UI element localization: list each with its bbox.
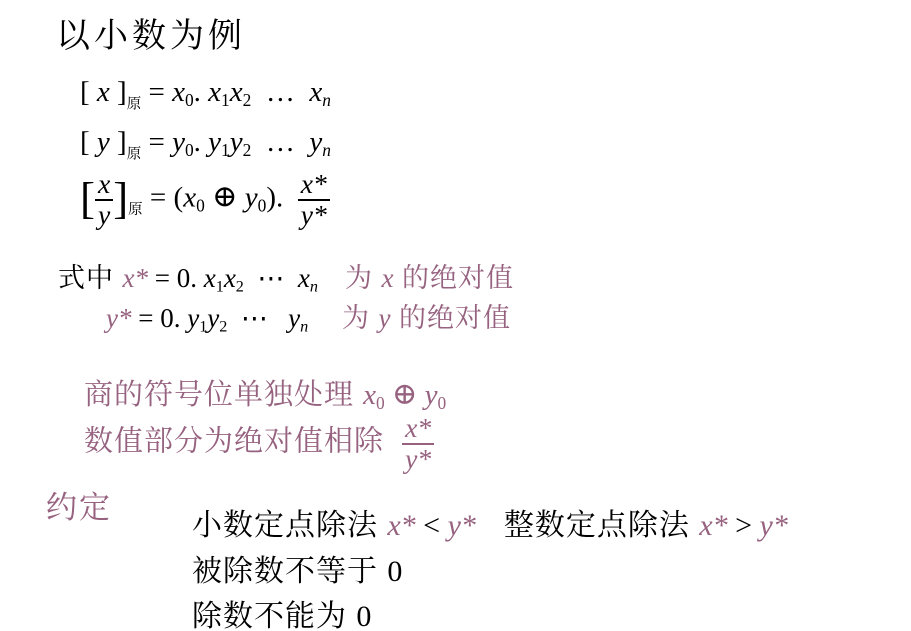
- math-token: 2: [236, 278, 244, 296]
- xor-operator-icon: ⊕: [212, 180, 238, 214]
- math-token: [: [80, 76, 97, 108]
- math-token: y: [208, 126, 221, 158]
- fraction-numerator: x*: [298, 170, 330, 201]
- math-token: ]: [113, 173, 128, 223]
- slide-title: 以小数为例: [56, 8, 246, 57]
- math-token: [417, 379, 424, 411]
- math-token: n: [310, 278, 318, 296]
- formula-x-original-code: [ x ]原 = x0. x1x2 … xn: [80, 76, 331, 113]
- fraction: xy: [95, 170, 113, 230]
- fraction-numerator: x*: [402, 414, 434, 445]
- math-token: 2: [243, 140, 252, 160]
- where-y-absolute-value-line: y* = 0. y1y2 ⋯ yn 为 y 的绝对值: [106, 296, 511, 337]
- where-x-absolute-value-line: 式中 x* = 0. x1x2 ⋯ xn 为 x 的绝对值: [58, 256, 514, 297]
- math-token: 0: [185, 140, 194, 160]
- math-token: 2: [243, 90, 252, 110]
- math-token: >: [728, 509, 760, 542]
- math-token: =: [141, 76, 172, 108]
- math-token: 小数定点除法: [192, 509, 387, 542]
- math-token: <: [416, 509, 448, 542]
- math-token: 数值部分为绝对值相除: [84, 426, 402, 458]
- math-token: …: [251, 76, 309, 108]
- math-token: x: [172, 76, 185, 108]
- math-token: y: [207, 303, 219, 333]
- math-token: y: [425, 379, 438, 411]
- math-token: 1: [221, 140, 230, 160]
- math-token: x: [97, 76, 110, 108]
- math-token: y: [187, 303, 199, 333]
- math-token: 原: [127, 146, 142, 162]
- math-token: [: [80, 126, 97, 158]
- formula-y-original-code: [ y ]原 = y0. y1y2 … yn: [80, 126, 331, 163]
- math-token: 0: [376, 393, 385, 413]
- math-token: y: [97, 126, 110, 158]
- math-token: [318, 263, 345, 293]
- divisor-rule-line: 除数不能为 0: [192, 591, 371, 631]
- math-token: 整数定点除法: [476, 509, 699, 542]
- fraction: x*y*: [402, 414, 434, 474]
- math-token: x: [183, 182, 196, 214]
- magnitude-rule-line: 数值部分为绝对值相除 x*y*: [84, 414, 434, 474]
- math-token: 0: [387, 555, 402, 588]
- math-token: ]: [110, 126, 127, 158]
- math-token: y*: [760, 509, 788, 542]
- math-token: x*: [699, 509, 727, 542]
- math-token: 被除数不等于: [192, 555, 387, 588]
- math-token: y: [288, 303, 300, 333]
- fraction-denominator: y: [96, 201, 112, 230]
- math-token: x*: [387, 509, 415, 542]
- math-token: ⋯: [244, 263, 298, 293]
- convention-comparison-line: 小数定点除法 x* < y* 整数定点除法 x* > y*: [192, 500, 788, 544]
- math-token: n: [322, 140, 331, 160]
- math-token: 原: [127, 96, 142, 112]
- math-token: 商的符号位单独处理: [84, 379, 363, 411]
- math-token: 原: [128, 202, 143, 218]
- fraction-numerator: x: [95, 170, 113, 201]
- convention-label: 约定: [46, 482, 112, 527]
- fraction-denominator: y*: [403, 445, 433, 474]
- math-token: [385, 379, 392, 411]
- fraction-denominator: y*: [299, 201, 329, 230]
- dividend-rule-line: 被除数不等于 0: [192, 546, 402, 590]
- math-token: x: [298, 263, 310, 293]
- math-token: y: [230, 126, 243, 158]
- math-token: 0: [185, 90, 194, 110]
- math-token: = (: [143, 182, 184, 214]
- math-token: ).: [266, 182, 297, 214]
- math-token: [: [80, 173, 95, 223]
- math-token: .: [194, 126, 209, 158]
- math-token: x: [204, 263, 216, 293]
- math-token: …: [251, 126, 309, 158]
- xor-operator-icon: ⊕: [392, 377, 418, 411]
- math-token: x*: [123, 263, 148, 293]
- math-token: x: [224, 263, 236, 293]
- math-token: [308, 303, 342, 333]
- math-token: [205, 182, 212, 214]
- math-token: x: [309, 76, 322, 108]
- math-token: = 0.: [131, 303, 187, 333]
- math-token: y: [309, 126, 322, 158]
- fraction: x*y*: [298, 170, 330, 230]
- math-token: 除数不能为: [192, 600, 356, 631]
- math-token: ]: [110, 76, 127, 108]
- math-token: = 0.: [148, 263, 204, 293]
- sign-bit-rule-line: 商的符号位单独处理 x0 ⊕ y0: [84, 372, 446, 414]
- math-token: y: [172, 126, 185, 158]
- math-token: 的绝对值: [393, 263, 514, 293]
- math-token: x: [363, 379, 376, 411]
- math-token: y*: [448, 509, 476, 542]
- math-token: y: [378, 303, 390, 333]
- math-token: n: [300, 318, 308, 336]
- math-token: 式中: [58, 263, 123, 293]
- math-token: x: [208, 76, 221, 108]
- math-token: y: [245, 182, 258, 214]
- math-token: 为: [345, 263, 382, 293]
- math-token: x: [381, 263, 393, 293]
- math-token: x: [230, 76, 243, 108]
- math-token: 1: [221, 90, 230, 110]
- math-token: =: [141, 126, 172, 158]
- math-token: .: [194, 76, 209, 108]
- math-token: 0: [438, 393, 447, 413]
- slide: 以小数为例 [ x ]原 = x0. x1x2 … xn [ y ]原 = y0…: [0, 0, 911, 631]
- math-token: 的绝对值: [390, 303, 511, 333]
- math-token: 0: [196, 195, 205, 215]
- math-token: [238, 182, 245, 214]
- math-token: 1: [216, 278, 224, 296]
- math-token: ⋯: [227, 303, 288, 333]
- formula-quotient-original-code: [xy]原 = (x0 ⊕ y0). x*y*: [80, 170, 330, 230]
- math-token: 0: [356, 600, 371, 631]
- math-token: n: [322, 90, 331, 110]
- math-token: 为: [342, 303, 379, 333]
- math-token: y*: [106, 303, 131, 333]
